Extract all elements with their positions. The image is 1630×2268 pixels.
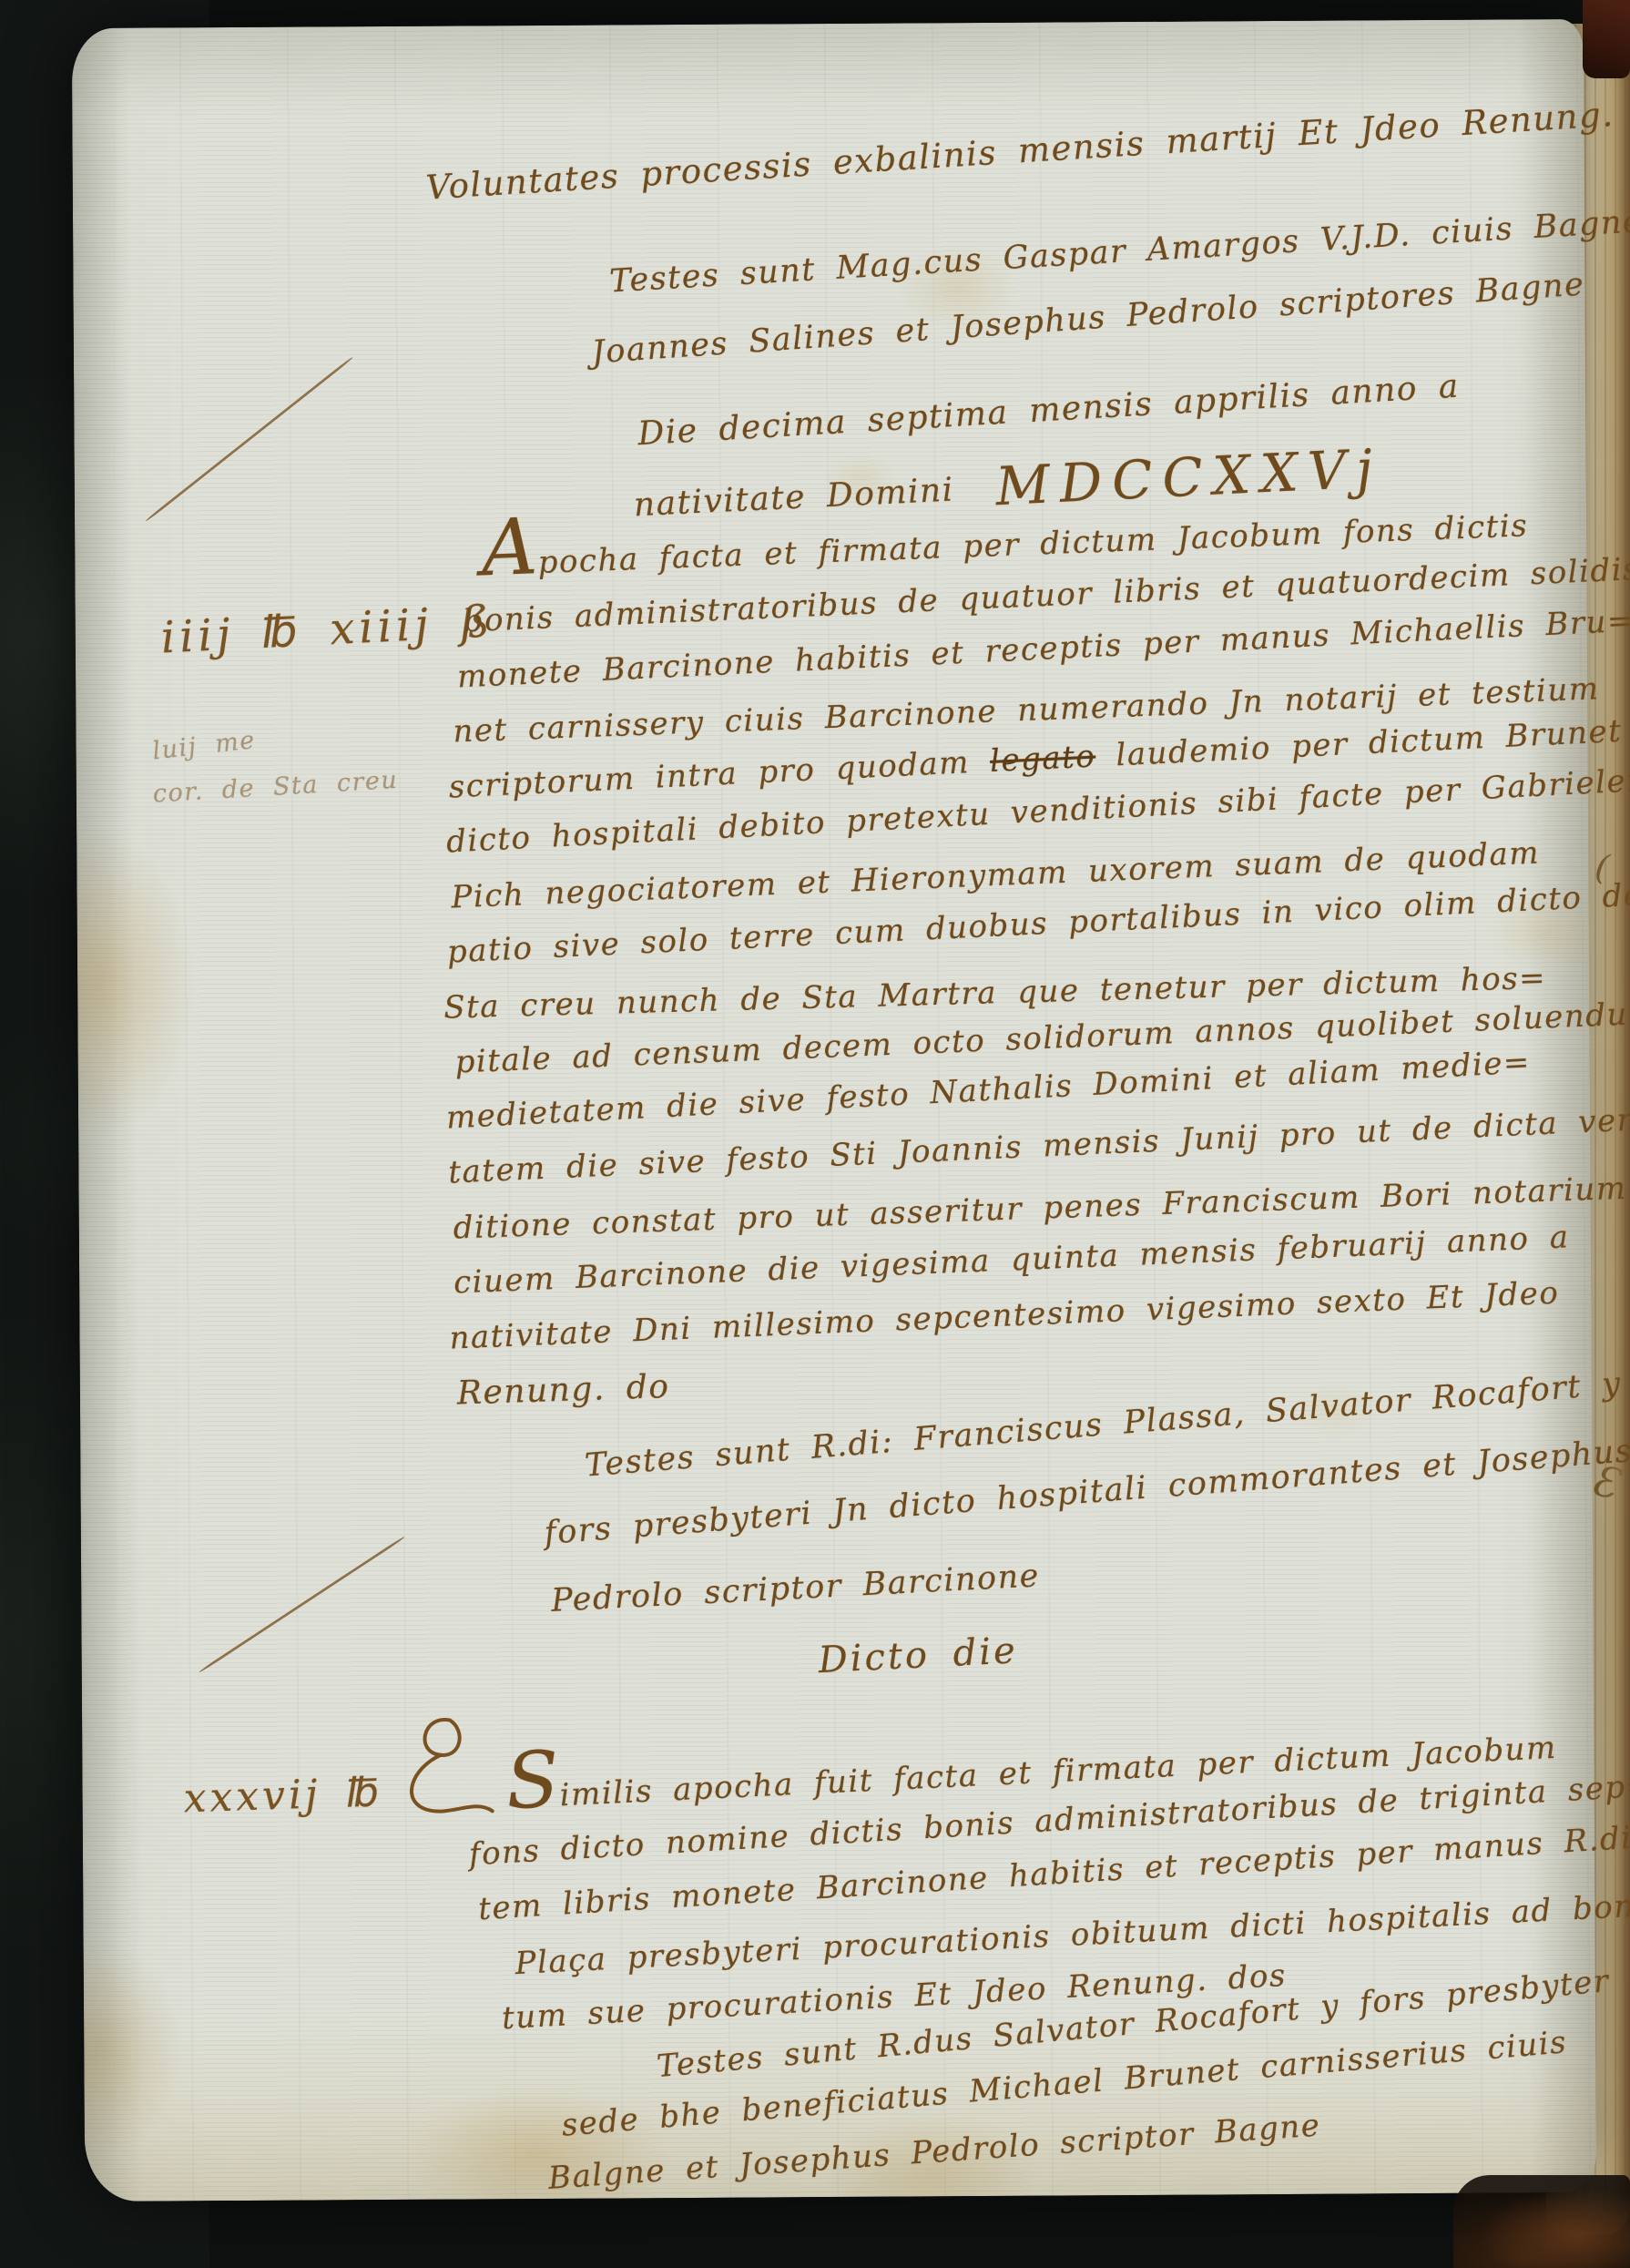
margin-faint-note-line-1: luij me bbox=[151, 726, 257, 765]
margin-tick-stroke-1 bbox=[145, 356, 353, 522]
cover-corner bbox=[1583, 0, 1630, 78]
apocha1-closing: Renung. do bbox=[456, 1368, 670, 1413]
apocha1-line-5-pre: scriptorum intra pro quodam bbox=[448, 743, 991, 806]
witnesses-second-line-3: Pedrolo scriptor Barcinone bbox=[550, 1558, 1041, 1619]
opening-line: Voluntates processis exbalinis mensis ma… bbox=[424, 89, 1630, 208]
margin-faint-note-line-2: cor. de Sta creu bbox=[152, 766, 399, 809]
manuscript-page: Voluntates processis exbalinis mensis ma… bbox=[72, 19, 1597, 2202]
margin-amount-first: iiij ℔ xiiij ß bbox=[159, 596, 494, 663]
date-line-2-prefix: nativitate Domini bbox=[633, 471, 955, 524]
date-roman-numerals: MDCCXXVj bbox=[994, 437, 1384, 517]
photograph-stage: ( Ɛ Voluntates processis exbalinis mensi… bbox=[0, 0, 1630, 2268]
section-heading-dicto-die: Dicto die bbox=[818, 1629, 1019, 1681]
margin-tick-stroke-2 bbox=[199, 1536, 405, 1673]
margin-flourish-mark bbox=[382, 1711, 502, 1848]
binding-corner-wear bbox=[1453, 2175, 1630, 2268]
apocha1-struck-word: legato bbox=[989, 738, 1096, 780]
margin-amount-second: xxxvij ℔ bbox=[183, 1769, 384, 1822]
